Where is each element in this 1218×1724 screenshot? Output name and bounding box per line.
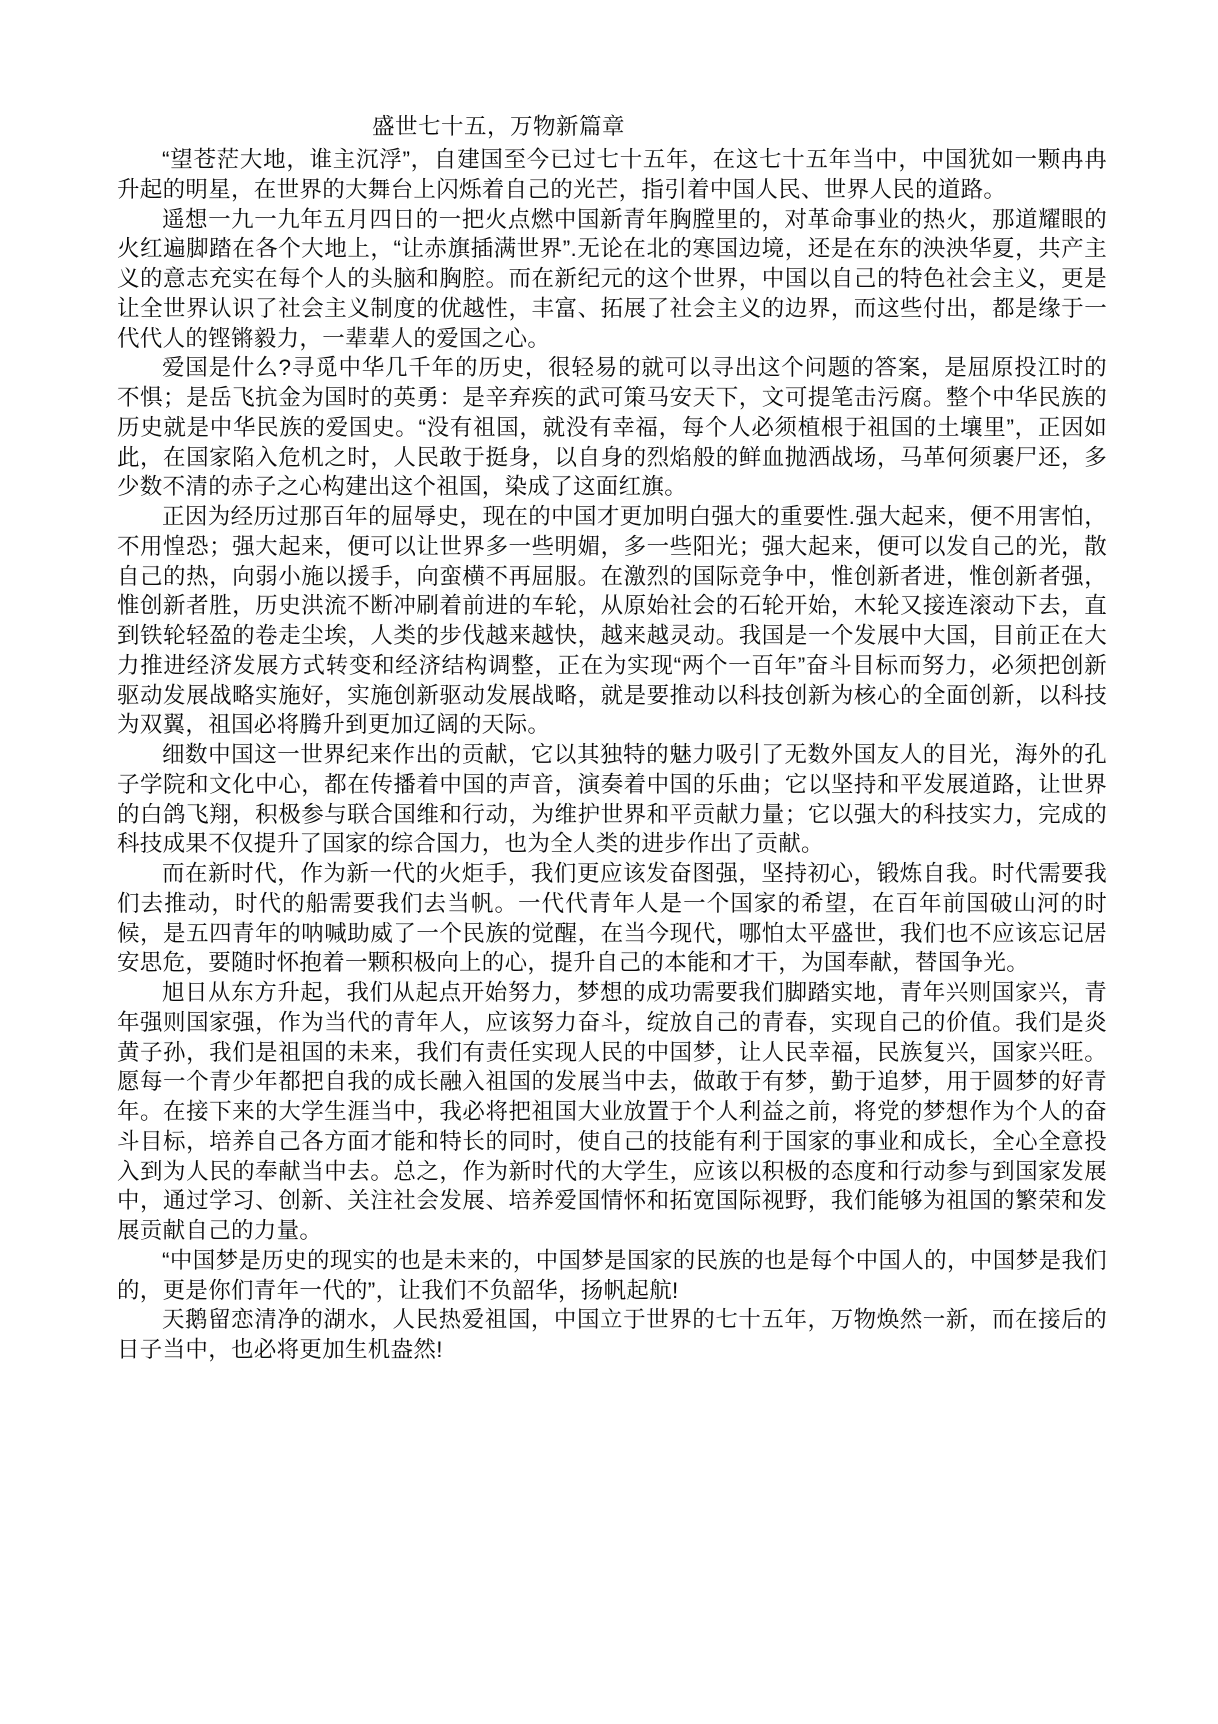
essay-paragraph: 正因为经历过那百年的屈辱史，现在的中国才更加明白强大的重要性.强大起来，便不用害… bbox=[117, 502, 1107, 740]
essay-paragraph: “望苍茫大地，谁主沉浮”，自建国至今已过七十五年，在这七十五年当中，中国犹如一颗… bbox=[117, 145, 1107, 205]
essay-paragraph: 天鹅留恋清净的湖水，人民热爱祖国，中国立于世界的七十五年，万物焕然一新，而在接后… bbox=[117, 1305, 1107, 1365]
essay-paragraph: 遥想一九一九年五月四日的一把火点燃中国新青年胸膛里的，对革命事业的热火，那道耀眼… bbox=[117, 205, 1107, 354]
essay-page: 盛世七十五，万物新篇章 “望苍茫大地，谁主沉浮”，自建国至今已过七十五年，在这七… bbox=[117, 112, 1107, 1365]
essay-paragraph: 爱国是什么?寻觅中华几千年的历史，很轻易的就可以寻出这个问题的答案，是屈原投江时… bbox=[117, 353, 1107, 502]
essay-paragraph: “中国梦是历史的现实的也是未来的，中国梦是国家的民族的也是每个中国人的，中国梦是… bbox=[117, 1246, 1107, 1306]
essay-paragraph: 细数中国这一世界纪来作出的贡献，它以其独特的魅力吸引了无数外国友人的目光，海外的… bbox=[117, 740, 1107, 859]
essay-title: 盛世七十五，万物新篇章 bbox=[117, 112, 1107, 142]
essay-body: “望苍茫大地，谁主沉浮”，自建国至今已过七十五年，在这七十五年当中，中国犹如一颗… bbox=[117, 145, 1107, 1365]
essay-paragraph: 旭日从东方升起，我们从起点开始努力，梦想的成功需要我们脚踏实地，青年兴则国家兴，… bbox=[117, 978, 1107, 1246]
document-page: { "document": { "title": "盛世七十五，万物新篇章", … bbox=[0, 0, 1218, 1724]
essay-paragraph: 而在新时代，作为新一代的火炬手，我们更应该发奋图强，坚持初心，锻炼自我。时代需要… bbox=[117, 859, 1107, 978]
